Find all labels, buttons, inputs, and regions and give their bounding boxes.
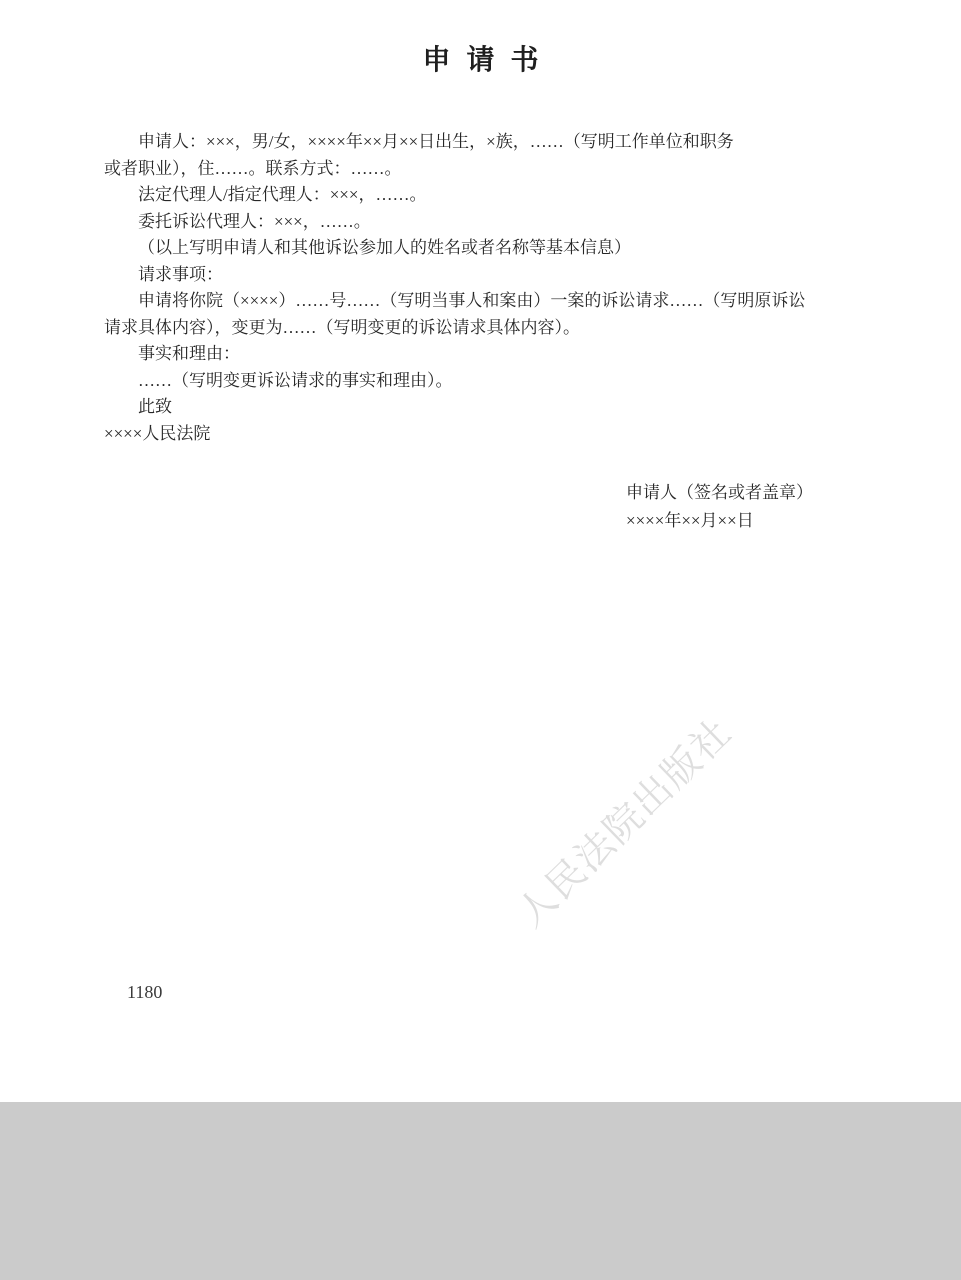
page-number: 1180 [127,982,162,1003]
publisher-watermark: 人民法院出版社 [502,703,742,937]
signature-line: 申请人（签名或者盖章） [626,479,813,507]
body-line: ……（写明变更诉讼请求的事实和理由）。 [104,368,854,395]
body-line: 事实和理由： [104,341,854,368]
body-line: 委托诉讼代理人：×××，……。 [104,209,854,236]
body-line: 请求具体内容），变更为……（写明变更的诉讼请求具体内容）。 [104,315,854,342]
document-page: 申请书 申请人：×××，男/女，××××年××月××日出生，×族，……（写明工作… [0,0,961,1280]
document-title: 申请书 [0,38,961,78]
footer-gray-bar [0,1102,961,1280]
body-line: 申请将你院（××××）……号……（写明当事人和案由）一案的诉讼请求……（写明原诉… [104,288,854,315]
body-line: （以上写明申请人和其他诉讼参加人的姓名或者名称等基本信息） [104,235,854,262]
signature-block: 申请人（签名或者盖章） ××××年××月××日 [626,479,813,535]
body-line: 或者职业），住……。联系方式：……。 [104,156,854,183]
body-line: 此致 [104,394,854,421]
signature-date-line: ××××年××月××日 [626,507,813,535]
body-line: 请求事项： [104,262,854,289]
document-body: 申请人：×××，男/女，××××年××月××日出生，×族，……（写明工作单位和职… [104,129,854,447]
body-line: 申请人：×××，男/女，××××年××月××日出生，×族，……（写明工作单位和职… [104,129,854,156]
body-line: 法定代理人/指定代理人：×××，……。 [104,182,854,209]
body-line: ××××人民法院 [104,421,854,448]
